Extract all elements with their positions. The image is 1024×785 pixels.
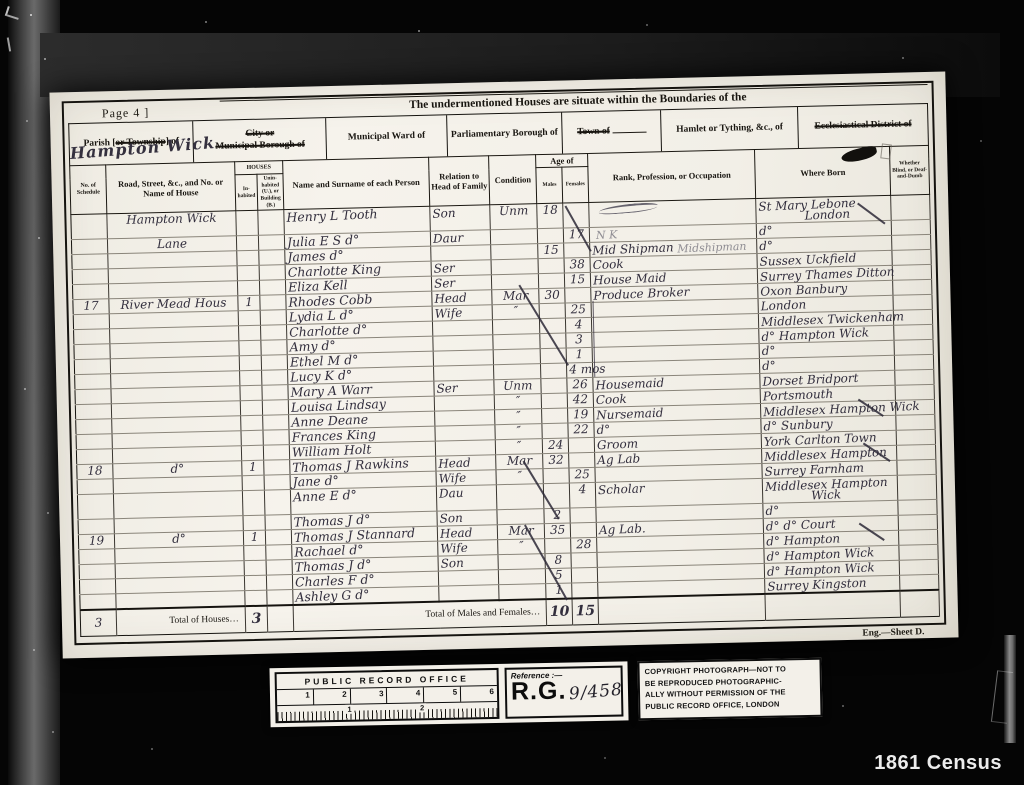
cell-inhabited xyxy=(245,590,268,606)
cell-inhabited xyxy=(244,575,267,591)
cell-schedule xyxy=(80,594,116,610)
cell-age-male: 30 xyxy=(539,288,565,304)
cell-condition: Unm xyxy=(494,379,542,395)
col-header-occupation: Rank, Profession, or Occupation xyxy=(587,150,756,203)
cell-uninhabited xyxy=(260,310,286,326)
cell-age-male xyxy=(538,258,564,274)
cell-schedule xyxy=(78,519,114,535)
cell-infirm xyxy=(897,460,936,476)
cell-uninhabited xyxy=(267,590,293,606)
cell-age-male xyxy=(538,228,564,244)
cell-infirm xyxy=(892,250,931,266)
cell-uninhabited xyxy=(258,210,284,236)
cell-age-female xyxy=(565,288,591,304)
cell-age-female: 3 xyxy=(566,333,592,349)
cell-relation xyxy=(434,395,494,411)
col-header-uninhabited: Unin-habited (U.), or Building (B.) xyxy=(257,174,284,211)
cell-infirm xyxy=(898,499,937,515)
cell-schedule xyxy=(74,329,110,345)
cell-uninhabited xyxy=(259,250,285,266)
cell-infirm xyxy=(897,445,936,461)
cell-relation: Wife xyxy=(432,305,492,321)
cell-condition xyxy=(492,274,540,290)
cell-inhabited xyxy=(239,340,262,356)
cell-age-male: 32 xyxy=(543,453,569,469)
cell-uninhabited xyxy=(264,460,290,476)
cell-schedule xyxy=(76,449,112,465)
cell-relation: Dau xyxy=(436,485,497,511)
cell-relation xyxy=(432,320,492,336)
cell-age-female: 22 xyxy=(568,423,594,439)
cell-name: Henry L Tooth xyxy=(284,206,431,234)
cell-born: Middlesex HamptonWick xyxy=(763,475,898,503)
cell-age-male xyxy=(539,273,565,289)
census-table: No. of Schedule Road, Street, &c., and N… xyxy=(69,145,940,637)
cell-age-female: 15 xyxy=(565,273,591,289)
col-header-condition: Condition xyxy=(489,155,537,205)
cell-blank xyxy=(765,591,900,620)
cell-infirm xyxy=(898,514,937,530)
cell-uninhabited xyxy=(259,235,285,251)
cell-infirm xyxy=(891,195,930,221)
cell-age-female: 4 xyxy=(569,483,595,509)
cell-schedule xyxy=(77,479,113,495)
cell-blank xyxy=(267,605,293,632)
cell-relation xyxy=(435,410,495,426)
cell-condition: ″ xyxy=(495,409,543,425)
cell-inhabited xyxy=(237,280,260,296)
cell-uninhabited xyxy=(262,370,288,386)
cell-inhabited xyxy=(242,490,265,516)
cell-blank xyxy=(900,590,939,617)
cell-infirm xyxy=(898,475,937,501)
cell-schedule xyxy=(74,359,110,375)
cell-condition: ″ xyxy=(498,539,546,555)
cell-schedule xyxy=(72,269,108,285)
cell-schedule: 19 xyxy=(78,534,114,550)
cell-relation: Ser xyxy=(434,380,494,396)
cell-age-female xyxy=(572,583,598,599)
cell-inhabited: 1 xyxy=(238,295,261,311)
census-form: Page 4 ] The undermentioned Houses are s… xyxy=(62,81,947,645)
cell-uninhabited xyxy=(261,325,287,341)
field-parliamentary-borough: Parliamentary Borough of xyxy=(447,113,564,157)
pro-ruler: PUBLIC RECORD OFFICE 1 2 3 4 5 6 1 2 xyxy=(275,668,500,723)
cell-schedule xyxy=(75,389,111,405)
cell-age-female: 42 xyxy=(567,393,593,409)
cell-schedule: 17 xyxy=(73,299,109,315)
cell-uninhabited xyxy=(265,490,291,516)
cell-age-male: 1 xyxy=(546,583,572,599)
cell-age-male xyxy=(539,303,565,319)
cell-schedule xyxy=(79,579,115,595)
cell-relation xyxy=(431,245,491,261)
cell-schedule xyxy=(79,549,115,565)
cell-age-female: 38 xyxy=(564,258,590,274)
cell-totals-houses-value: 3 xyxy=(245,606,268,633)
cell-inhabited xyxy=(237,265,260,281)
cell-condition xyxy=(499,584,547,601)
cell-infirm xyxy=(899,529,938,545)
cell-uninhabited xyxy=(261,355,287,371)
cell-uninhabited xyxy=(267,575,293,591)
cell-schedule xyxy=(75,374,111,390)
cell-age-male: 18 xyxy=(537,203,563,229)
cell-age-male xyxy=(540,333,566,349)
cell-infirm xyxy=(895,355,934,371)
cell-born: St Mary LeboneLondon xyxy=(756,195,891,223)
cell-age-female: 26 xyxy=(567,378,593,394)
cell-condition xyxy=(496,484,544,510)
cell-infirm xyxy=(900,574,939,590)
cell-inhabited xyxy=(238,310,261,326)
cell-inhabited xyxy=(238,325,261,341)
cell-condition xyxy=(493,334,541,350)
cell-relation: Son xyxy=(438,555,498,571)
cell-road xyxy=(113,491,242,519)
sheet-note: Eng.—Sheet D. xyxy=(862,627,924,638)
cell-relation: Wife xyxy=(438,540,498,556)
cell-relation: Son xyxy=(430,205,491,231)
cell-uninhabited xyxy=(262,385,288,401)
cell-relation xyxy=(433,335,493,351)
cell-infirm xyxy=(899,544,938,560)
pro-stamp: PUBLIC RECORD OFFICE 1 2 3 4 5 6 1 2 Ref… xyxy=(269,658,822,728)
cell-uninhabited xyxy=(263,415,289,431)
cell-age-female: 1 xyxy=(566,348,592,364)
cell-age-female xyxy=(569,453,595,469)
copyright-box: COPYRIGHT PHOTOGRAPH—NOT TO BE REPRODUCE… xyxy=(637,658,822,721)
cell-age-male: 5 xyxy=(546,568,572,584)
cell-schedule xyxy=(76,434,112,450)
col-header-road: Road, Street, &c., and No. or Name of Ho… xyxy=(106,162,236,214)
cell-inhabited xyxy=(236,235,259,251)
cell-age-female xyxy=(568,438,594,454)
pencil-annotation: Midshipman xyxy=(677,240,747,256)
cell-relation: Ser xyxy=(431,260,491,276)
cell-condition: Unm xyxy=(490,204,538,230)
field-parish: Parish [or Township] of Hampton Wick xyxy=(69,121,194,165)
pro-stamp-left: PUBLIC RECORD OFFICE 1 2 3 4 5 6 1 2 Ref… xyxy=(269,661,628,727)
cell-relation: Wife xyxy=(436,470,496,486)
cell-schedule xyxy=(73,314,109,330)
cell-age-female: 25 xyxy=(569,468,595,484)
cell-condition xyxy=(493,349,541,365)
cell-infirm xyxy=(891,220,930,236)
cell-age-female: 19 xyxy=(568,408,594,424)
ink-scribble xyxy=(598,202,659,216)
col-header-houses: HOUSES xyxy=(235,161,283,175)
cell-uninhabited xyxy=(260,280,286,296)
cell-totals-margin: 3 xyxy=(80,609,117,636)
cell-age-female xyxy=(570,508,596,524)
cell-uninhabited xyxy=(261,340,287,356)
cell-infirm xyxy=(895,370,934,386)
cell-condition xyxy=(491,259,539,275)
field-hamlet: Hamlet or Tything, &c., of xyxy=(661,107,799,151)
col-header-relation: Relation to Head of Family xyxy=(429,156,490,207)
field-city-borough: City or Municipal Borough of xyxy=(194,118,328,162)
cell-condition: Mar xyxy=(492,289,540,305)
cell-age-female: 4 xyxy=(566,318,592,334)
cell-age-male xyxy=(545,538,571,554)
cell-totals-houses-label: Total of Houses… xyxy=(116,606,245,635)
cell-condition xyxy=(494,364,542,380)
cell-infirm xyxy=(894,325,933,341)
cell-infirm xyxy=(893,265,932,281)
cell-totals-males: 10 xyxy=(546,599,572,626)
cell-uninhabited xyxy=(266,560,292,576)
cell-inhabited xyxy=(243,515,266,531)
cell-age-male xyxy=(542,408,568,424)
cell-uninhabited xyxy=(263,400,289,416)
cell-relation: Head xyxy=(436,455,496,471)
cell-age-female xyxy=(571,553,597,569)
cell-condition: ″ xyxy=(494,394,542,410)
cell-uninhabited xyxy=(266,545,292,561)
field-town: Town of xyxy=(562,110,662,153)
cell-age-female xyxy=(564,243,590,259)
cell-infirm xyxy=(894,340,933,356)
cell-age-male xyxy=(542,423,568,439)
cell-age-male: 35 xyxy=(545,523,571,539)
pencil-flag-mark xyxy=(880,143,892,159)
cell-relation: Head xyxy=(437,525,497,541)
field-municipal-ward: Municipal Ward of xyxy=(327,115,448,159)
table-body: Hampton WickHenry L ToothSonUnm18St Mary… xyxy=(71,195,939,611)
cell-age-female xyxy=(563,203,589,229)
cell-inhabited: 1 xyxy=(242,460,265,476)
pencil-annotation: N K xyxy=(596,228,618,242)
cell-age-female: 17 xyxy=(563,228,589,244)
cell-age-male xyxy=(541,363,567,379)
cell-schedule xyxy=(77,494,114,520)
cell-infirm xyxy=(893,280,932,296)
cell-condition: ″ xyxy=(496,469,544,485)
cell-schedule xyxy=(71,239,107,255)
cell-uninhabited xyxy=(266,530,292,546)
cell-schedule: 18 xyxy=(77,464,113,480)
cell-condition: Mar xyxy=(497,524,545,540)
cell-age-female xyxy=(571,568,597,584)
cell-relation xyxy=(435,425,495,441)
col-header-females: Females xyxy=(562,167,589,204)
cell-inhabited xyxy=(244,560,267,576)
cell-relation xyxy=(438,570,498,586)
cell-age-male: 2 xyxy=(544,508,570,524)
cell-age-male xyxy=(543,468,569,484)
cell-relation: Daur xyxy=(430,230,490,246)
col-header-age: Age of xyxy=(536,153,588,167)
cell-inhabited xyxy=(240,400,263,416)
cell-condition xyxy=(498,569,546,585)
cell-age-male xyxy=(544,483,570,509)
cell-age-female: 25 xyxy=(565,303,591,319)
cell-inhabited xyxy=(240,385,263,401)
cell-relation xyxy=(439,585,499,602)
cell-road: Hampton Wick xyxy=(107,211,236,239)
cell-totals-females: 15 xyxy=(572,598,598,625)
cell-age-male: 15 xyxy=(538,243,564,259)
col-header-males: Males xyxy=(536,167,563,204)
dust-specks xyxy=(0,0,2,2)
cell-schedule xyxy=(75,404,111,420)
cell-relation: Son xyxy=(437,510,497,526)
cell-condition: ″ xyxy=(495,424,543,440)
cell-age-male xyxy=(542,393,568,409)
cell-totals-persons-label: Total of Males and Females… xyxy=(293,599,547,631)
cell-age-male xyxy=(541,348,567,364)
cell-uninhabited xyxy=(265,515,291,531)
cell-schedule xyxy=(74,344,110,360)
cell-inhabited: 1 xyxy=(243,530,266,546)
cell-schedule xyxy=(71,214,108,240)
cell-inhabited xyxy=(239,355,262,371)
cell-inhabited xyxy=(244,545,267,561)
cell-uninhabited xyxy=(260,295,286,311)
census-year-label: 1861 Census xyxy=(874,752,1002,775)
cell-uninhabited xyxy=(264,475,290,491)
cell-inhabited xyxy=(237,250,260,266)
cell-infirm xyxy=(892,235,931,251)
cell-condition xyxy=(490,229,538,245)
cell-condition xyxy=(493,319,541,335)
cell-relation: Head xyxy=(432,290,492,306)
col-header-infirm: Whether Blind, or Deaf-and-Dumb xyxy=(890,145,930,195)
cell-infirm xyxy=(893,295,932,311)
cell-relation xyxy=(433,350,493,366)
cell-age-male: 24 xyxy=(543,438,569,454)
cell-age-female: 4 mos xyxy=(567,363,593,379)
cell-age-male xyxy=(540,318,566,334)
cell-infirm xyxy=(896,415,935,431)
cell-relation xyxy=(435,440,495,456)
cell-age-male xyxy=(541,378,567,394)
cell-inhabited xyxy=(241,430,264,446)
cell-name: Anne E d° xyxy=(290,486,437,514)
reference-number-handwritten: 9/458 xyxy=(569,679,625,704)
cell-condition xyxy=(491,244,539,260)
cell-schedule xyxy=(72,284,108,300)
field-ecclesiastical: Ecclesiastical District of xyxy=(798,104,928,148)
page-number-label: Page 4 ] xyxy=(102,105,150,121)
cell-infirm xyxy=(900,559,939,575)
col-header-schedule: No. of Schedule xyxy=(70,165,107,215)
cell-relation xyxy=(434,365,494,381)
cell-age-female xyxy=(570,523,596,539)
cell-uninhabited xyxy=(259,265,285,281)
cell-schedule xyxy=(79,564,115,580)
blank-line xyxy=(612,125,646,134)
cell-inhabited xyxy=(241,445,264,461)
microfilm-scan: Page 4 ] The undermentioned Houses are s… xyxy=(0,0,1024,785)
cell-age-male: 8 xyxy=(545,553,571,569)
col-header-inhabited: In-habited xyxy=(235,174,258,210)
cell-condition: ″ xyxy=(495,439,543,455)
cell-uninhabited xyxy=(264,445,290,461)
cell-condition xyxy=(498,554,546,570)
reference-box: Reference :— R.G. 9/458 xyxy=(505,666,624,719)
cell-condition: ″ xyxy=(492,304,540,320)
cell-inhabited xyxy=(242,475,265,491)
cell-uninhabited xyxy=(263,430,289,446)
cell-infirm xyxy=(896,430,935,446)
cell-inhabited xyxy=(236,210,259,236)
cell-condition: Mar xyxy=(496,454,544,470)
cell-relation: Ser xyxy=(431,275,491,291)
cell-schedule xyxy=(72,254,108,270)
cell-schedule xyxy=(76,419,112,435)
col-header-name: Name and Surname of each Person xyxy=(283,157,430,210)
census-page: Page 4 ] The undermentioned Houses are s… xyxy=(49,72,958,659)
reference-series: R.G. xyxy=(511,680,567,704)
cell-inhabited xyxy=(239,370,262,386)
cell-age-female: 28 xyxy=(571,538,597,554)
cell-blank xyxy=(598,594,766,624)
cell-condition xyxy=(497,509,545,525)
cell-inhabited xyxy=(241,415,264,431)
ruler-fine-ticks: 1 2 xyxy=(277,701,497,721)
